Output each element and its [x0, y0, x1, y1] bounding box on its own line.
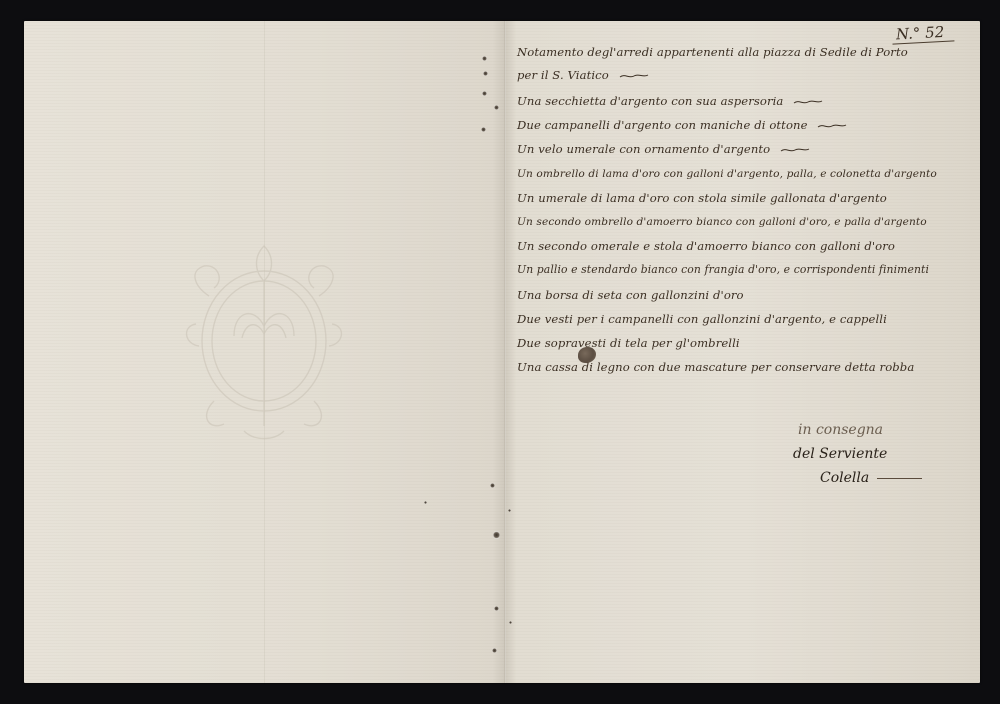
binding-hole: [482, 91, 487, 96]
signature-line-1: in consegna: [793, 418, 953, 442]
binding-hole: [483, 71, 488, 76]
signature-rule: [877, 478, 922, 479]
binding-hole: [424, 501, 427, 504]
inventory-text: Notamento degl'arredi appartenenti alla …: [517, 41, 977, 379]
inventory-item: Un pallio e stendardo bianco con frangia…: [517, 258, 977, 282]
binding-hole: [492, 648, 497, 653]
binding-hole: [494, 606, 499, 611]
heading-line: per il S. Viatico: [517, 63, 977, 89]
inventory-item: Una secchietta d'argento con sua asperso…: [517, 89, 977, 113]
binding-hole: [482, 56, 487, 61]
inventory-item: Un secondo omerale e stola d'amoerro bia…: [517, 234, 977, 258]
signature-block: in consegna del Serviente Colella: [793, 418, 953, 490]
signature-line-2: del Serviente: [793, 442, 953, 466]
binding-hole: [493, 531, 500, 539]
flourish-icon: [793, 99, 823, 105]
embossed-seal-icon: [174, 226, 354, 446]
inventory-item-text: Una secchietta d'argento con sua asperso…: [517, 94, 783, 108]
inventory-item: Due vesti per i campanelli con gallonzin…: [517, 307, 977, 331]
signature-line-2-text: del Serviente: [793, 446, 887, 462]
inventory-item: Un umerale di lama d'oro con stola simil…: [517, 186, 977, 210]
inventory-item-text: Un velo umerale con ornamento d'argento: [517, 142, 770, 156]
inventory-item: Una borsa di seta con gallonzini d'oro: [517, 283, 977, 307]
flourish-icon: [817, 123, 847, 129]
inventory-item-text: Due campanelli d'argento con maniche di …: [517, 118, 808, 132]
flourish-icon: [619, 73, 649, 79]
left-page: [24, 21, 505, 683]
inventory-item: Due campanelli d'argento con maniche di …: [517, 113, 977, 137]
photo-background: N.° 52 Notamento degl'arredi appartenent…: [0, 0, 1000, 704]
signature-name-text: Colella: [820, 470, 869, 486]
signature-name: Colella: [793, 466, 953, 490]
heading-line-text: per il S. Viatico: [517, 68, 609, 82]
inventory-item: Un secondo ombrello d'amoerro bianco con…: [517, 210, 977, 234]
inventory-item: Un ombrello di lama d'oro con galloni d'…: [517, 162, 977, 186]
binding-hole: [494, 105, 499, 110]
binding-hole: [481, 127, 486, 132]
manuscript-sheet: N.° 52 Notamento degl'arredi appartenent…: [24, 21, 980, 683]
inventory-item: Un velo umerale con ornamento d'argento: [517, 137, 977, 161]
heading-line: Notamento degl'arredi appartenenti alla …: [517, 41, 977, 63]
binding-hole: [490, 483, 495, 488]
right-page: N.° 52 Notamento degl'arredi appartenent…: [505, 21, 980, 683]
flourish-icon: [780, 147, 810, 153]
